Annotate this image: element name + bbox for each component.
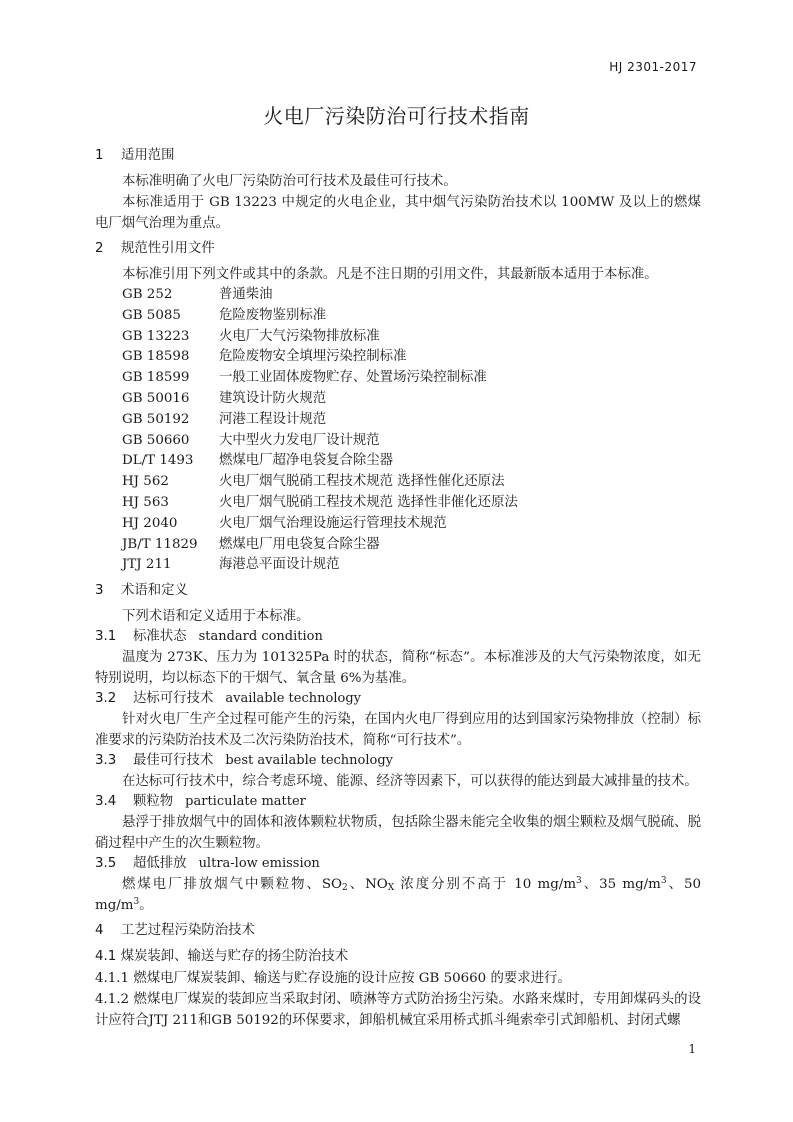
reference-code: GB 18599 — [122, 368, 219, 389]
section-heading-1: 1适用范围 — [95, 145, 701, 167]
document-title: 火电厂污染防治可行技术指南 — [0, 100, 793, 129]
section-title: 工艺过程污染防治技术 — [121, 923, 255, 938]
term-name: 达标可行技术 — [133, 691, 213, 706]
reference-item: GB 252普通柴油 — [95, 285, 701, 306]
subsection-number: 4.1 — [95, 949, 116, 964]
reference-item: JB/T 11829燃煤电厂用电袋复合除尘器 — [95, 535, 701, 556]
reference-item: GB 18598危险废物安全填埋污染控制标准 — [95, 347, 701, 368]
reference-item: DL/T 1493燃煤电厂超净电袋复合除尘器 — [95, 451, 701, 472]
reference-code: GB 50016 — [122, 389, 219, 410]
term-definition: 针对火电厂生产全过程可能产生的污染，在国内火电厂得到应用的达到国家污染物排放（控… — [95, 709, 701, 751]
reference-title: 火电厂大气污染物排放标准 — [219, 327, 701, 348]
term-heading-3-2: 3.2达标可行技术available technology — [95, 689, 701, 709]
reference-title: 普通柴油 — [219, 285, 701, 306]
clause-4-1-2: 4.1.2 燃煤电厂煤炭的装卸应当采取封闭、喷淋等方式防治扬尘污染。水路来煤时，… — [95, 989, 701, 1031]
section-heading-4: 4工艺过程污染防治技术 — [95, 920, 701, 942]
reference-item: HJ 562火电厂烟气脱硝工程技术规范 选择性催化还原法 — [95, 472, 701, 493]
term-english: standard condition — [199, 629, 323, 644]
reference-code: GB 252 — [122, 285, 219, 306]
reference-item: HJ 563火电厂烟气脱硝工程技术规范 选择性非催化还原法 — [95, 493, 701, 514]
section-heading-2: 2规范性引用文件 — [95, 238, 701, 260]
section-heading-3: 3术语和定义 — [95, 580, 701, 602]
reference-title: 建筑设计防火规范 — [219, 389, 701, 410]
term-number: 3.4 — [95, 792, 133, 812]
paragraph: 本标准引用下列文件或其中的条款。凡是不注日期的引用文件，其最新版本适用于本标准。 — [95, 264, 701, 285]
reference-code: HJ 562 — [122, 472, 219, 493]
term-heading-3-1: 3.1标准状态standard condition — [95, 627, 701, 647]
section-number: 3 — [95, 580, 121, 602]
reference-code: GB 5085 — [122, 306, 219, 327]
term-definition: 燃煤电厂排放烟气中颗粒物、SO2、NOX 浓度分别不高于 10 mg/m3、35… — [95, 874, 701, 916]
term-english: best available technology — [225, 753, 393, 768]
term-name: 超低排放 — [133, 856, 187, 871]
reference-title: 燃煤电厂超净电袋复合除尘器 — [219, 451, 701, 472]
term-name: 颗粒物 — [133, 794, 173, 809]
reference-title: 大中型火力发电厂设计规范 — [219, 431, 701, 452]
clause-4-1-1: 4.1.1 燃煤电厂煤炭装卸、输送与贮存设施的设计应按 GB 50660 的要求… — [95, 968, 701, 989]
term-number: 3.3 — [95, 751, 133, 771]
section-number: 1 — [95, 145, 121, 167]
clause-number: 4.1.1 — [95, 971, 129, 986]
definition-text: 、NO — [348, 877, 388, 892]
term-definition: 温度为 273K、压力为 101325Pa 时的状态，简称“标态”。本标准涉及的… — [95, 647, 701, 689]
term-definition: 悬浮于排放烟气中的固体和液体颗粒状物质，包括除尘器未能完全收集的烟尘颗粒及烟气脱… — [95, 812, 701, 854]
reference-code: GB 18598 — [122, 347, 219, 368]
reference-item: GB 50192河港工程设计规范 — [95, 410, 701, 431]
reference-code: DL/T 1493 — [122, 451, 219, 472]
term-number: 3.2 — [95, 689, 133, 709]
subsection-heading-4-1: 4.1 煤炭装卸、输送与贮存的扬尘防治技术 — [95, 946, 701, 968]
reference-title: 火电厂烟气治理设施运行管理技术规范 — [219, 514, 701, 535]
reference-title: 燃煤电厂用电袋复合除尘器 — [219, 535, 701, 556]
reference-title: 河港工程设计规范 — [219, 410, 701, 431]
definition-text: 、35 mg/m — [582, 877, 661, 892]
term-heading-3-5: 3.5超低排放ultra-low emission — [95, 854, 701, 874]
reference-code: GB 13223 — [122, 327, 219, 348]
section-title: 术语和定义 — [121, 583, 188, 598]
section-title: 适用范围 — [121, 148, 175, 163]
reference-code: JB/T 11829 — [122, 535, 219, 556]
reference-item: HJ 2040火电厂烟气治理设施运行管理技术规范 — [95, 514, 701, 535]
term-english: particulate matter — [185, 794, 306, 809]
reference-item: GB 5085危险废物鉴别标准 — [95, 306, 701, 327]
term-name: 标准状态 — [133, 629, 187, 644]
definition-text: 浓度分别不高于 10 mg/m — [394, 877, 576, 892]
reference-title: 危险废物安全填埋污染控制标准 — [219, 347, 701, 368]
section-number: 2 — [95, 238, 121, 260]
term-name: 最佳可行技术 — [133, 753, 213, 768]
paragraph: 下列术语和定义适用于本标准。 — [95, 606, 701, 627]
definition-text: 。 — [139, 898, 152, 913]
reference-title: 火电厂烟气脱硝工程技术规范 选择性非催化还原法 — [219, 493, 701, 514]
term-number: 3.5 — [95, 854, 133, 874]
clause-number: 4.1.2 — [95, 992, 129, 1007]
clause-text: 燃煤电厂煤炭的装卸应当采取封闭、喷淋等方式防治扬尘污染。水路来煤时，专用卸煤码头… — [95, 992, 701, 1028]
section-number: 4 — [95, 920, 121, 942]
page-number: 1 — [688, 1042, 696, 1056]
term-english: ultra-low emission — [199, 856, 320, 871]
clause-text: 燃煤电厂煤炭装卸、输送与贮存设施的设计应按 GB 50660 的要求进行。 — [133, 971, 570, 986]
reference-item: JTJ 211海港总平面设计规范 — [95, 555, 701, 576]
standard-code: HJ 2301-2017 — [609, 60, 697, 74]
definition-text: 燃煤电厂排放烟气中颗粒物、SO — [122, 877, 342, 892]
term-heading-3-4: 3.4颗粒物particulate matter — [95, 792, 701, 812]
section-title: 规范性引用文件 — [121, 241, 215, 256]
reference-item: GB 50660大中型火力发电厂设计规范 — [95, 431, 701, 452]
paragraph: 本标准明确了火电厂污染防治可行技术及最佳可行技术。 — [95, 171, 701, 192]
reference-title: 一般工业固体废物贮存、处置场污染控制标准 — [219, 368, 701, 389]
term-heading-3-3: 3.3最佳可行技术best available technology — [95, 751, 701, 771]
reference-code: GB 50660 — [122, 431, 219, 452]
paragraph: 本标准适用于 GB 13223 中规定的火电企业，其中烟气污染防治技术以 100… — [95, 192, 701, 234]
reference-title: 危险废物鉴别标准 — [219, 306, 701, 327]
reference-title: 海港总平面设计规范 — [219, 555, 701, 576]
reference-code: GB 50192 — [122, 410, 219, 431]
reference-list: GB 252普通柴油 GB 5085危险废物鉴别标准 GB 13223火电厂大气… — [95, 285, 701, 576]
reference-item: GB 18599一般工业固体废物贮存、处置场污染控制标准 — [95, 368, 701, 389]
document-body: 1适用范围 本标准明确了火电厂污染防治可行技术及最佳可行技术。 本标准适用于 G… — [95, 141, 701, 1031]
term-english: available technology — [225, 691, 361, 706]
reference-code: JTJ 211 — [122, 555, 219, 576]
subsection-title: 煤炭装卸、输送与贮存的扬尘防治技术 — [121, 949, 349, 964]
reference-title: 火电厂烟气脱硝工程技术规范 选择性催化还原法 — [219, 472, 701, 493]
reference-code: HJ 2040 — [122, 514, 219, 535]
term-definition: 在达标可行技术中，综合考虑环境、能源、经济等因素下，可以获得的能达到最大减排量的… — [95, 771, 701, 792]
reference-item: GB 13223火电厂大气污染物排放标准 — [95, 327, 701, 348]
reference-item: GB 50016建筑设计防火规范 — [95, 389, 701, 410]
term-number: 3.1 — [95, 627, 133, 647]
reference-code: HJ 563 — [122, 493, 219, 514]
